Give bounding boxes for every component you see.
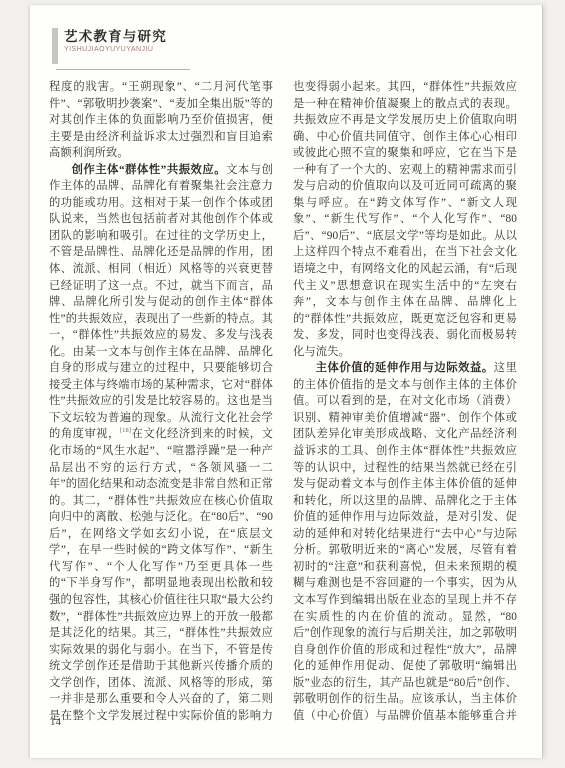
paragraph-text: 程度的戕害。“王朔现象”、“二月河代笔事件”、“郭敬明抄袭案”、“麦加全集出版”… <box>49 81 273 159</box>
run-in-heading: 创作主体“群体性”共振效应。 <box>72 164 226 176</box>
paragraph-text: 文本与创作主体的品牌、品牌化有着聚集社会注意力的功能或功用。这相对于某一创作个体… <box>49 164 273 441</box>
run-in-heading: 主体价值的延伸作用与边际效益。 <box>316 362 494 374</box>
scanned-page: 艺术教育与研究 YISHUJIAOYUYUYANJIU 程度的戕害。“王朔现象”… <box>29 5 543 758</box>
article-body: 程度的戕害。“王朔现象”、“二月河代笔事件”、“郭敬明抄袭案”、“麦加全集出版”… <box>49 79 517 731</box>
paragraph-continuation: 程度的戕害。“王朔现象”、“二月河代笔事件”、“郭敬明抄袭案”、“麦加全集出版”… <box>49 79 273 162</box>
journal-title: 艺术教育与研究 <box>64 25 167 45</box>
journal-header: 艺术教育与研究 YISHUJIAOYUYUYANJIU <box>52 25 232 73</box>
journal-masthead: 艺术教育与研究 YISHUJIAOYUYUYANJIU <box>64 25 167 53</box>
footnote-ref: [18] <box>120 428 131 435</box>
header-rule <box>56 69 190 70</box>
journal-pinyin: YISHUJIAOYUYUYANJIU <box>64 46 167 53</box>
header-accent-bar <box>52 28 58 64</box>
page-number: 14 <box>50 716 61 728</box>
